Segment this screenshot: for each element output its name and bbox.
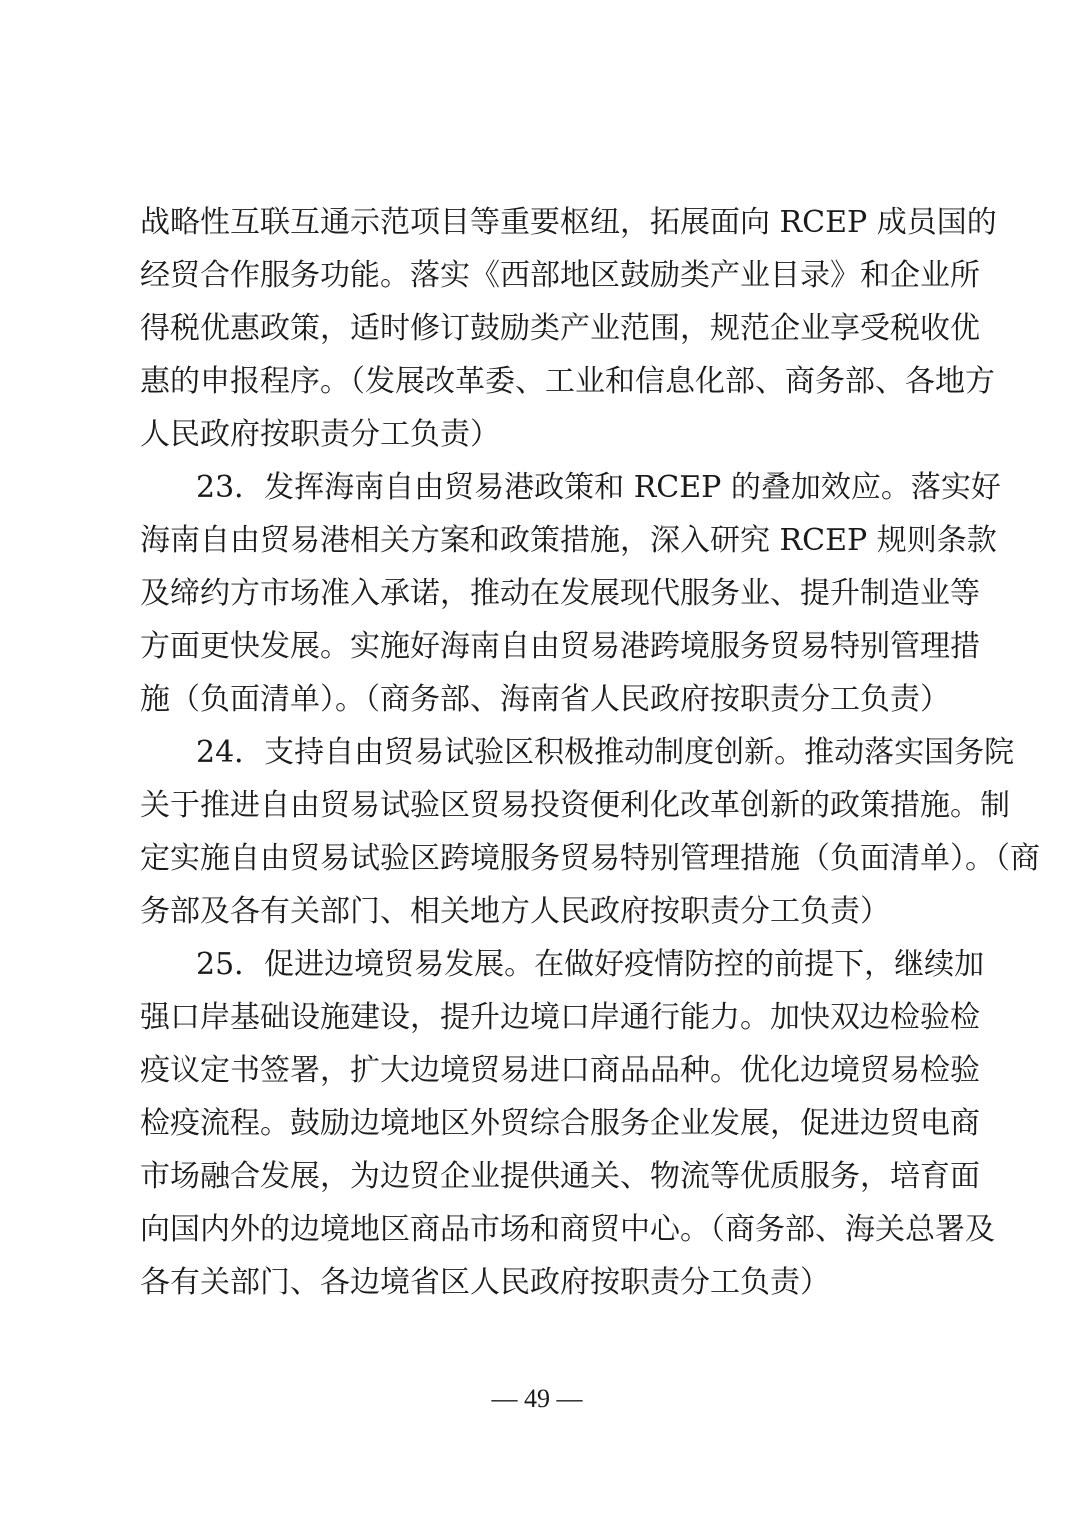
- text-line: 强口岸基础设施建设，提升边境口岸通行能力。加快双边检验检: [140, 991, 940, 1044]
- text-line: 施（负面清单）。（商务部、海南省人民政府按职责分工负责）: [140, 673, 940, 726]
- text-line: 疫议定书签署，扩大边境贸易进口商品品种。优化边境贸易检验: [140, 1044, 940, 1097]
- page-number: — 49 —: [0, 1384, 1074, 1414]
- text-line: 定实施自由贸易试验区跨境服务贸易特别管理措施（负面清单）。（商: [140, 832, 940, 885]
- item-24-heading-line: 24．支持自由贸易试验区积极推动制度创新。推动落实国务院: [140, 726, 940, 779]
- text-line: 经贸合作服务功能。落实《西部地区鼓励类产业目录》和企业所: [140, 249, 940, 302]
- text-line: 务部及各有关部门、相关地方人民政府按职责分工负责）: [140, 885, 940, 938]
- body-text: 战略性互联互通示范项目等重要枢纽，拓展面向 RCEP 成员国的 经贸合作服务功能…: [140, 196, 940, 1309]
- text-line: 向国内外的边境地区商品市场和商贸中心。（商务部、海关总署及: [140, 1203, 940, 1256]
- document-page: 战略性互联互通示范项目等重要枢纽，拓展面向 RCEP 成员国的 经贸合作服务功能…: [0, 0, 1074, 1520]
- text-line: 得税优惠政策，适时修订鼓励类产业范围，规范企业享受税收优: [140, 302, 940, 355]
- text-line: 方面更快发展。实施好海南自由贸易港跨境服务贸易特别管理措: [140, 620, 940, 673]
- item-25-heading-line: 25．促进边境贸易发展。在做好疫情防控的前提下，继续加: [140, 938, 940, 991]
- text-line: 海南自由贸易港相关方案和政策措施，深入研究 RCEP 规则条款: [140, 514, 940, 567]
- text-line: 及缔约方市场准入承诺，推动在发展现代服务业、提升制造业等: [140, 567, 940, 620]
- text-line: 战略性互联互通示范项目等重要枢纽，拓展面向 RCEP 成员国的: [140, 196, 940, 249]
- text-line: 检疫流程。鼓励边境地区外贸综合服务企业发展，促进边贸电商: [140, 1097, 940, 1150]
- text-line: 惠的申报程序。（发展改革委、工业和信息化部、商务部、各地方: [140, 355, 940, 408]
- item-23-heading-line: 23．发挥海南自由贸易港政策和 RCEP 的叠加效应。落实好: [140, 461, 940, 514]
- text-line: 市场融合发展，为边贸企业提供通关、物流等优质服务，培育面: [140, 1150, 940, 1203]
- text-line: 人民政府按职责分工负责）: [140, 408, 940, 461]
- text-line: 各有关部门、各边境省区人民政府按职责分工负责）: [140, 1256, 940, 1309]
- text-line: 关于推进自由贸易试验区贸易投资便利化改革创新的政策措施。制: [140, 779, 940, 832]
